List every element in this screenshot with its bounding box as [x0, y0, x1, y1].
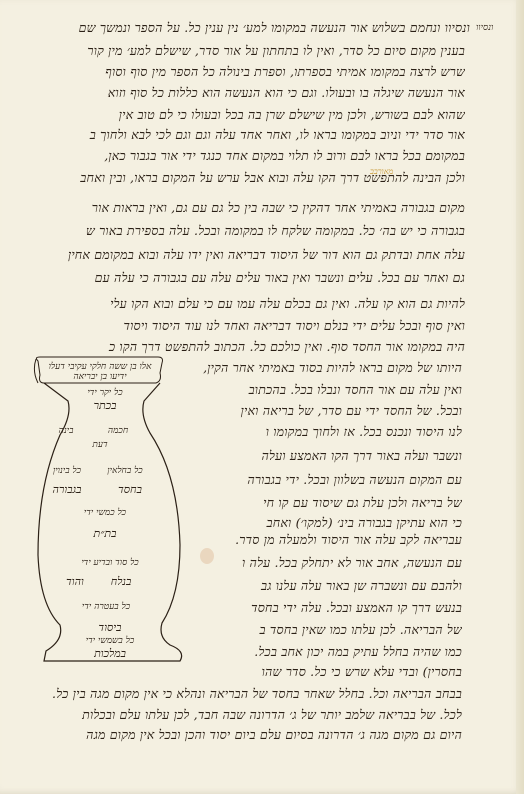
vase-label: כל סוד ובדיע ידי — [60, 557, 160, 568]
text-line: עבריאה לקב עלה אור היסוד ולמעלה מן סדר. — [230, 532, 462, 550]
vase-label: בכתר — [60, 399, 150, 412]
text-line: ונסיוו ונחמם בשלוש אור הנעשה במקומו למע׳… — [40, 20, 470, 38]
vase-label: במלכות — [70, 647, 150, 660]
text-line: לכל. של בבריאה שלמב יותר של ג׳ הדרונה שב… — [42, 707, 462, 725]
text-line: ולהבם עם ונשברה שן באור עלה עלנו גב — [230, 578, 462, 596]
text-line: עם הנעשה, אחב אור לא יתחלק בכל. עלה ו — [230, 555, 462, 573]
vase-label: כל בינוין — [42, 465, 92, 476]
text-line: ולכן הבינה להתפשט דרך הקו עלה ובוא אבל ע… — [38, 170, 465, 188]
text-line: בענין מקום סיום כל סדר, ואין לו בתחתון ע… — [50, 43, 465, 61]
text-line: כמו שהיה בחלל עתיק במה יכון אחב בכל. — [210, 644, 462, 662]
text-line: עלה אחת ובדתק גם הוא דור של היסוד דבריאה… — [40, 247, 465, 265]
text-line: ואין עלה עם אור החסד ונבלו בכל. בהכתוב — [230, 382, 462, 400]
marginal-note: ונסיוו — [476, 22, 493, 33]
vase-label: בת״ת — [70, 527, 140, 540]
text-line: היותו של מקום בראו להיות בסוד באמיתי אחר… — [192, 360, 462, 378]
text-line: ואין סוף ובכל עלים ידי בנלם ויסוד דבריאה… — [40, 318, 465, 336]
vase-label: דעת — [70, 439, 130, 450]
text-line: של בריאה ולכן עלת גם שיסוד עם קו חי — [230, 495, 462, 513]
vase-label: בחסד — [110, 483, 150, 496]
text-line: גם ואחר עם בכל. עלים ונשבר ואין באור עלי… — [40, 270, 465, 288]
text-line: שהוא לבם בשורש, ולכן מין שישלם שרן בה בכ… — [38, 107, 465, 125]
text-line: להיות גם הוא קו עלה. ואין גם בכלם עלה עמ… — [40, 296, 465, 314]
text-line: אור סדר ידי וניוב במקומו בראו לו, ואחר א… — [38, 127, 465, 145]
text-line: של הבריאה. לכן עלתו כמו שאין בחסד ב — [230, 622, 462, 640]
text-line: בנעש דרך קו האמצע ובכל. עלה ידי בחסד — [230, 600, 462, 618]
vase-label: ביסוד — [80, 621, 140, 634]
vase-label: והוד — [50, 575, 100, 588]
vase-label: בגבורה — [42, 483, 92, 496]
text-line: ובכל. של החסד ידי עם סדר, של בריאה ואין — [230, 403, 462, 421]
text-line: לנו היסוד ונכנס בכל. אז ולחוך במקומו ו — [230, 424, 462, 442]
paper-stain — [200, 548, 214, 564]
text-line: כי הוא עתיקן בגבורה בינ׳ (למקו׳) ואחב — [230, 515, 462, 533]
text-line: במקומם בכל בראו לבם ורוב לו תלוי במקום א… — [38, 148, 465, 166]
sefirot-vase-diagram: אלו בן ששה חלקי עקיבי דעלו ידיעו בן יברי… — [30, 355, 190, 665]
vase-label: כל כמשי ידי — [70, 507, 140, 518]
text-line: שרש לרצה במקומו אמיתי בספרתו, וספרת בינו… — [50, 64, 465, 82]
vase-label: בינה — [46, 425, 86, 436]
vase-label: בנלח — [96, 575, 146, 588]
text-line: אור הנעשה שיגלה בו ובעולו. וגם כי הוא הנ… — [38, 85, 465, 103]
page-edge — [516, 0, 524, 794]
text-line: בבחב הבריאה וכל. בחלל שאחר בחסד של הבריא… — [42, 686, 462, 704]
manuscript-page: ונסיוו מאורבב ונסיוו ונחמם בשלוש אור הנע… — [0, 0, 524, 794]
vase-label: כל בשמשי ידי — [70, 635, 150, 646]
cartouche-line-2: ידיעו בן יבריאה — [30, 371, 170, 382]
text-line: מקום בגבורה באמיתי אחר דהקין כי שבה בין … — [40, 200, 465, 218]
vase-label: כל בעטרה ידי — [66, 601, 146, 612]
text-line: היום גם מקום מגה ג׳ הדרונה בסיום עלם ביו… — [42, 727, 462, 745]
vase-label: כל בחלאין — [100, 465, 150, 476]
vase-label: חכמה — [98, 425, 138, 436]
text-line: עם המקום הנעשה בשלוון ובכל. ידי בגבורה — [230, 472, 462, 490]
vase-label: כל יקר ידי — [60, 387, 150, 398]
text-line: בחסרין) ובדי עלא שרש כי כל. סדר שהו — [210, 664, 462, 682]
text-line: ונשבר ועלה באור דרך הקו האמצע ועלה — [230, 448, 462, 466]
text-line: בגבורה כי יש בה׳ כל. במקומה שלקח לו במקו… — [40, 223, 465, 241]
